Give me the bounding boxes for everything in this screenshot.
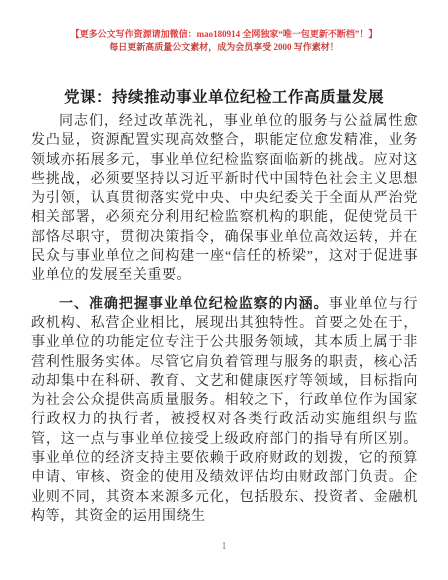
promo-header-line-1: 【更多公文写作资源请加微信：mao180914 全网独家“唯一包更新不断档”！】 — [0, 27, 448, 40]
document-body: 同志们，经过改革洗礼，事业单位的服务与公益属性愈发凸显，资源配置实现高效整合，职… — [31, 112, 418, 535]
paragraph-section-one: 一、准确把握事业单位纪检监察的内涵。事业单位与行政机构、私营企业相比，展现出其独… — [31, 295, 418, 527]
document-page: 【更多公文写作资源请加微信：mao180914 全网独家“唯一包更新不断档”！】… — [0, 0, 448, 580]
section-one-text: 事业单位与行政机构、私营企业相比，展现出其独特性。首要之处在于，事业单位的功能定… — [31, 297, 418, 524]
promo-header-line-2: 每日更新高质量公文素材，成为会员享受 2000 写作素材！ — [0, 40, 448, 53]
page-number: 1 — [0, 541, 448, 552]
section-one-heading: 一、准确把握事业单位纪检监察的内涵。 — [59, 297, 329, 312]
page-title: 党课：持续推动事业单位纪检工作高质量发展 — [0, 85, 448, 107]
paragraph-intro: 同志们，经过改革洗礼，事业单位的服务与公益属性愈发凸显，资源配置实现高效整合，职… — [31, 112, 418, 286]
